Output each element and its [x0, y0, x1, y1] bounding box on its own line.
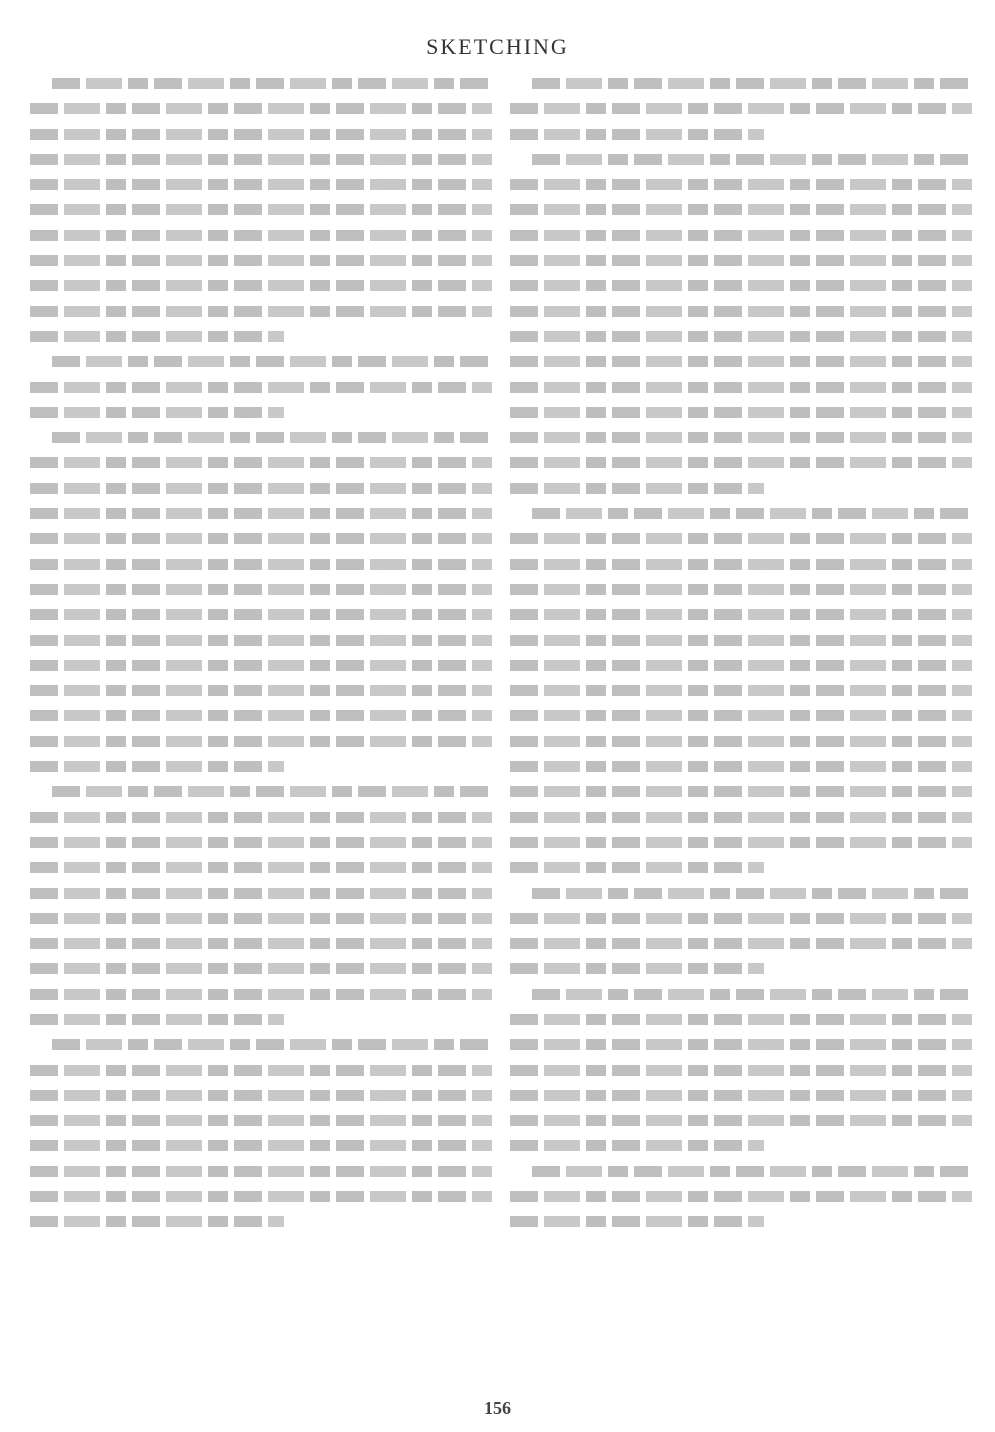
paragraph-placeholder: [510, 1166, 972, 1228]
illegible-text-line: [30, 837, 492, 848]
illegible-text-line: [30, 1191, 492, 1202]
illegible-text-line: [30, 508, 492, 519]
illegible-text-line: [510, 812, 972, 823]
illegible-text-line: [510, 103, 972, 114]
illegible-text-line: [510, 356, 972, 367]
illegible-text-line: [30, 963, 492, 974]
running-head: SKETCHING: [0, 34, 995, 60]
illegible-text-line: [30, 129, 492, 140]
illegible-text-line: [510, 862, 764, 873]
illegible-text-line: [30, 710, 492, 721]
illegible-text-line: [510, 913, 972, 924]
illegible-text-line: [30, 989, 492, 1000]
illegible-text-line: [30, 179, 492, 190]
illegible-text-line: [532, 508, 972, 519]
illegible-text-line: [30, 230, 492, 241]
illegible-text-line: [30, 154, 492, 165]
illegible-text-line: [532, 888, 972, 899]
illegible-text-line: [510, 432, 972, 443]
paragraph-placeholder: [510, 888, 972, 975]
illegible-text-line: [510, 1191, 972, 1202]
illegible-text-line: [30, 382, 492, 393]
illegible-text-line: [510, 938, 972, 949]
illegible-text-line: [30, 1166, 492, 1177]
illegible-text-line: [30, 457, 492, 468]
text-column-right: [510, 78, 972, 1242]
illegible-text-line: [510, 837, 972, 848]
illegible-text-line: [30, 761, 284, 772]
illegible-text-line: [52, 1039, 492, 1050]
illegible-text-line: [30, 331, 284, 342]
illegible-text-line: [30, 1140, 492, 1151]
illegible-text-line: [532, 1166, 972, 1177]
illegible-text-line: [510, 331, 972, 342]
illegible-text-line: [510, 280, 972, 291]
illegible-text-line: [510, 660, 972, 671]
illegible-text-line: [510, 761, 972, 772]
paragraph-placeholder: [30, 78, 492, 342]
illegible-text-line: [30, 812, 492, 823]
illegible-text-line: [30, 103, 492, 114]
illegible-text-line: [510, 559, 972, 570]
paragraph-placeholder: [30, 432, 492, 772]
illegible-text-line: [510, 1090, 972, 1101]
paragraph-placeholder: [30, 786, 492, 1025]
illegible-text-line: [30, 1090, 492, 1101]
illegible-text-line: [510, 635, 972, 646]
illegible-text-line: [510, 710, 972, 721]
paragraph-placeholder: [510, 508, 972, 873]
illegible-text-line: [30, 635, 492, 646]
illegible-text-line: [30, 483, 492, 494]
illegible-text-line: [510, 584, 972, 595]
illegible-text-line: [30, 888, 492, 899]
illegible-text-line: [510, 255, 972, 266]
illegible-text-line: [30, 913, 492, 924]
illegible-text-line: [52, 786, 492, 797]
illegible-text-line: [510, 204, 972, 215]
illegible-text-line: [30, 280, 492, 291]
illegible-text-line: [510, 533, 972, 544]
illegible-text-line: [52, 356, 492, 367]
illegible-text-line: [30, 1065, 492, 1076]
illegible-text-line: [510, 1065, 972, 1076]
illegible-text-line: [510, 1014, 972, 1025]
illegible-text-line: [510, 129, 764, 140]
illegible-text-line: [510, 457, 972, 468]
illegible-text-line: [510, 963, 764, 974]
illegible-text-line: [510, 382, 972, 393]
illegible-text-line: [30, 533, 492, 544]
illegible-text-line: [510, 230, 972, 241]
illegible-text-line: [30, 862, 492, 873]
illegible-text-line: [510, 1140, 764, 1151]
page-number: 156: [0, 1398, 995, 1419]
paragraph-placeholder: [30, 1039, 492, 1227]
paragraph-placeholder: [510, 154, 972, 494]
illegible-text-line: [510, 1216, 764, 1227]
illegible-text-line: [52, 432, 492, 443]
paragraph-placeholder: [30, 356, 492, 418]
illegible-text-line: [30, 306, 492, 317]
paragraph-placeholder: [510, 989, 972, 1152]
illegible-text-line: [532, 989, 972, 1000]
illegible-text-line: [510, 1115, 972, 1126]
illegible-text-line: [30, 584, 492, 595]
illegible-text-line: [30, 1216, 284, 1227]
illegible-text-line: [30, 660, 492, 671]
illegible-text-line: [30, 255, 492, 266]
illegible-text-line: [532, 78, 972, 89]
illegible-text-line: [30, 1014, 284, 1025]
illegible-text-line: [30, 407, 284, 418]
illegible-text-line: [30, 204, 492, 215]
illegible-text-line: [30, 685, 492, 696]
illegible-text-line: [510, 179, 972, 190]
illegible-text-line: [532, 154, 972, 165]
illegible-text-line: [30, 938, 492, 949]
illegible-text-line: [510, 786, 972, 797]
illegible-text-line: [510, 483, 764, 494]
illegible-text-line: [30, 736, 492, 747]
illegible-text-line: [510, 407, 972, 418]
illegible-text-line: [30, 1115, 492, 1126]
illegible-text-line: [510, 736, 972, 747]
paragraph-placeholder: [510, 78, 972, 140]
text-column-left: [30, 78, 492, 1242]
illegible-text-line: [510, 306, 972, 317]
illegible-text-line: [30, 609, 492, 620]
illegible-text-line: [52, 78, 492, 89]
illegible-text-line: [510, 609, 972, 620]
illegible-text-line: [30, 559, 492, 570]
illegible-text-line: [510, 1039, 972, 1050]
illegible-text-line: [510, 685, 972, 696]
